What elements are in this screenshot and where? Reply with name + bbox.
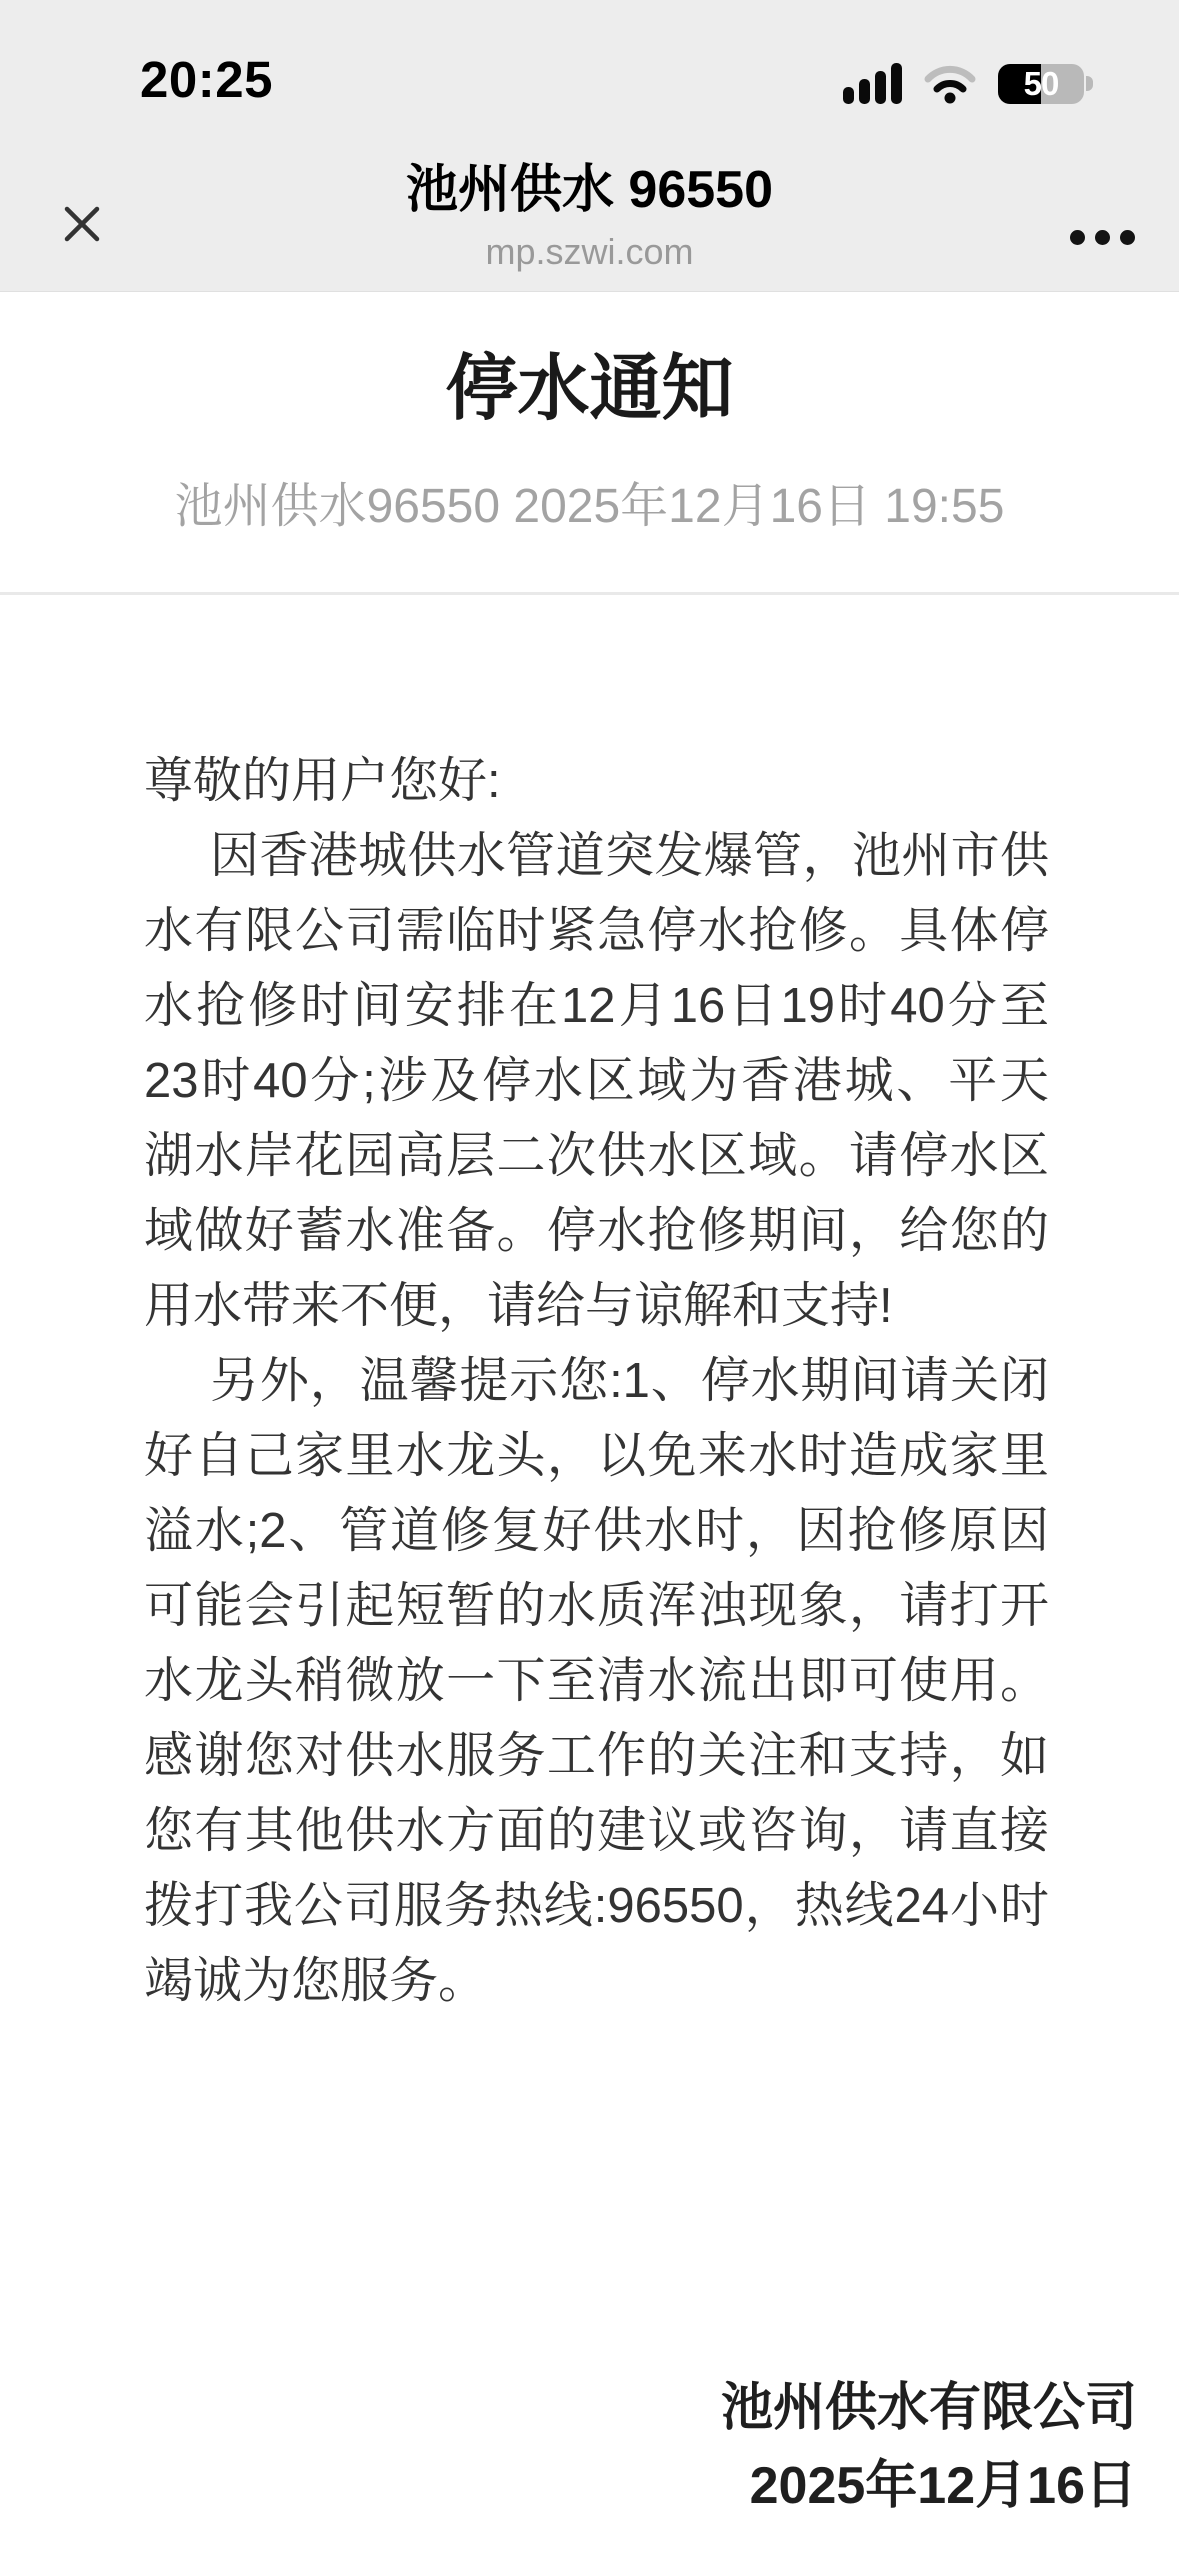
section-divider — [0, 592, 1179, 595]
paragraph-notice: 因香港城供水管道突发爆管，池州市供水有限公司需临时紧急停水抢修。具体停水抢修时间… — [144, 819, 1049, 1344]
signature-date: 2025年12月16日 — [0, 2447, 1137, 2525]
battery-nub — [1086, 76, 1093, 91]
more-button[interactable] — [1070, 220, 1135, 255]
signature-company: 池州供水有限公司 — [0, 2369, 1137, 2447]
article-body: 尊敬的用户您好: 因香港城供水管道突发爆管，池州市供水有限公司需临时紧急停水抢修… — [0, 744, 1179, 2019]
signature-block: 池州供水有限公司 2025年12月16日 — [0, 2369, 1179, 2525]
battery-icon: 50 — [998, 64, 1093, 104]
cellular-signal-icon — [843, 63, 902, 104]
browser-header: 20:25 50 — [0, 0, 1179, 292]
nav-bar: 池州供水 96550 mp.szwi.com — [0, 108, 1179, 290]
status-bar: 20:25 50 — [0, 0, 1179, 108]
wifi-icon — [924, 64, 976, 104]
battery-percent: 50 — [998, 64, 1084, 104]
status-icons: 50 — [843, 63, 1093, 108]
article-title: 停水通知 — [0, 352, 1179, 426]
more-icon — [1070, 230, 1085, 245]
paragraph-greeting: 尊敬的用户您好: — [144, 744, 1049, 819]
paragraph-tips: 另外，温馨提示您:1、停水期间请关闭好自己家里水龙头，以免来水时造成家里溢水;2… — [144, 1344, 1049, 2019]
page-title: 池州供水 96550 — [0, 160, 1179, 220]
status-time: 20:25 — [140, 52, 273, 108]
article-meta: 池州供水96550 2025年12月16日 19:55 — [0, 482, 1179, 532]
page-domain: mp.szwi.com — [0, 232, 1179, 272]
